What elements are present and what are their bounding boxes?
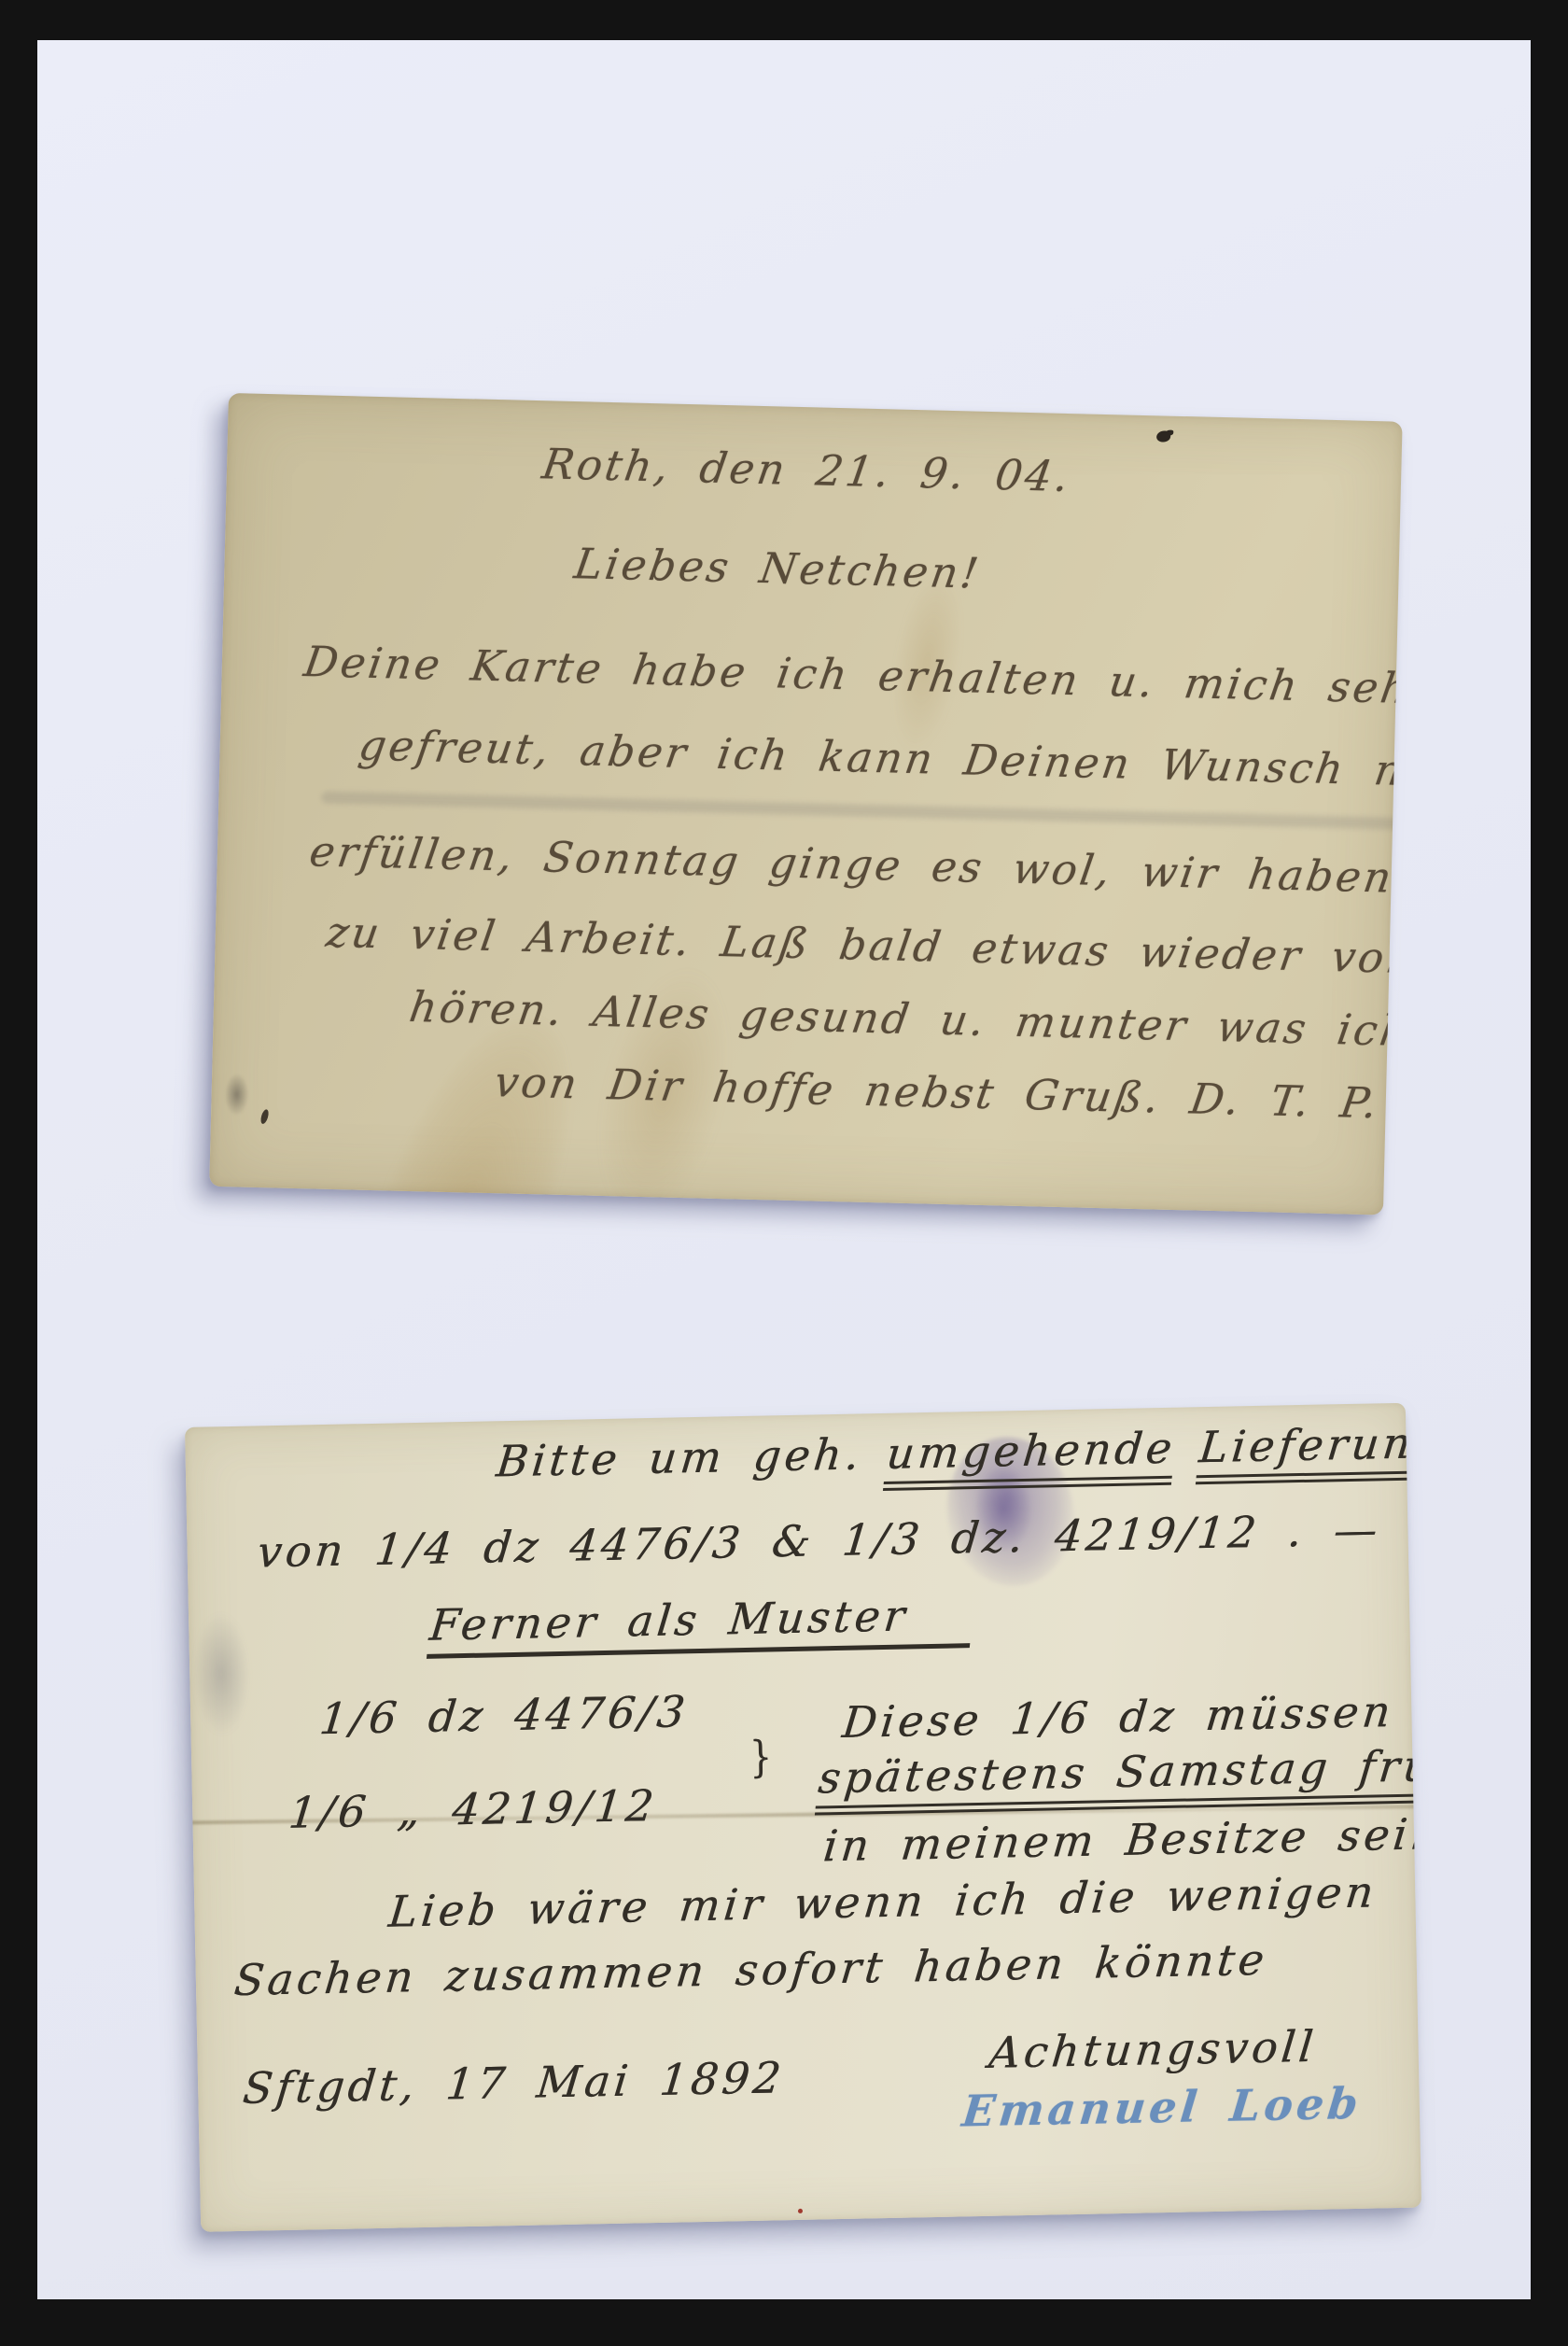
ink-speck — [259, 1109, 270, 1125]
postcard-top: Roth, den 21. 9. 04. Liebes Netchen! Dei… — [209, 393, 1402, 1215]
request-line: Bitte um geh.umgehendeLieferung — [494, 1417, 1421, 1487]
underlined-word: alles — [1419, 1683, 1421, 1749]
order-line: von 1/4 dz 4476/3 & 1/3 dz. 4219/12 . — — [255, 1504, 1383, 1577]
salutation: Liebes Netchen! — [571, 539, 984, 597]
note-line: spätestens Samstag früh — [816, 1739, 1421, 1803]
dateline: Sftgdt, 17 Mai 1892 — [241, 2052, 787, 2114]
word-gap — [861, 1468, 886, 1469]
sample-item: 1/6 „ 4219/12 — [287, 1780, 660, 1838]
handwriting-line-signoff: von Dir hoffe nebst Gruß. D. T. P. M. — [491, 1057, 1402, 1130]
red-speck — [798, 2209, 803, 2213]
smear-stain — [321, 792, 1402, 831]
photo-frame: Roth, den 21. 9. 04. Liebes Netchen! Dei… — [0, 0, 1568, 2346]
note-prefix: Diese 1/6 dz müssen — [840, 1685, 1421, 1748]
handwriting-line: erfüllen, Sonntag ginge es wol, wir habe… — [306, 826, 1402, 906]
ink-blot — [1156, 430, 1170, 442]
postmark-bleed-smudge — [192, 1613, 251, 1735]
handwriting-line: Sachen zusammen sofort haben könnte — [231, 1934, 1269, 2005]
handwriting-line: Lieb wäre mir wenn ich die wenigen — [386, 1866, 1379, 1936]
handwriting-line: Deine Karte habe ich erhalten u. mich se… — [301, 637, 1402, 713]
pencil-marks — [224, 1073, 249, 1117]
word-gap — [1174, 1462, 1198, 1463]
underlined-word: Lieferung — [1196, 1417, 1421, 1484]
note-line: in meinem Besitze sein. — — [821, 1806, 1421, 1871]
scan-backdrop: Roth, den 21. 9. 04. Liebes Netchen! Dei… — [37, 40, 1531, 2299]
handwriting-line: gefreut, aber ich kann Deinen Wunsch nic… — [356, 721, 1402, 798]
signature: Emanuel Loeb — [959, 2078, 1364, 2137]
closing: Achtungsvoll — [987, 2021, 1319, 2078]
underlined-phrase: spätestens Samstag früh — [815, 1739, 1421, 1815]
request-prefix: Bitte um geh. — [494, 1428, 865, 1486]
note-line: Diese 1/6 dz müssen alles — [840, 1683, 1421, 1748]
postcard-bottom: Bitte um geh.umgehendeLieferung von 1/4 … — [185, 1403, 1421, 2232]
sample-heading: Ferner als Muster — [427, 1589, 976, 1651]
underlined-heading: Ferner als Muster — [427, 1589, 976, 1659]
brace: } — [748, 1665, 777, 1847]
handwriting-line: zu viel Arbeit. Laß bald etwas wieder vo… — [323, 907, 1402, 986]
dateline: Roth, den 21. 9. 04. — [539, 439, 1075, 501]
sample-item: 1/6 dz 4476/3 — [317, 1686, 691, 1744]
underlined-word: umgehende — [883, 1423, 1178, 1491]
handwriting-line: hören. Alles gesund u. munter was ich au… — [406, 982, 1402, 1060]
